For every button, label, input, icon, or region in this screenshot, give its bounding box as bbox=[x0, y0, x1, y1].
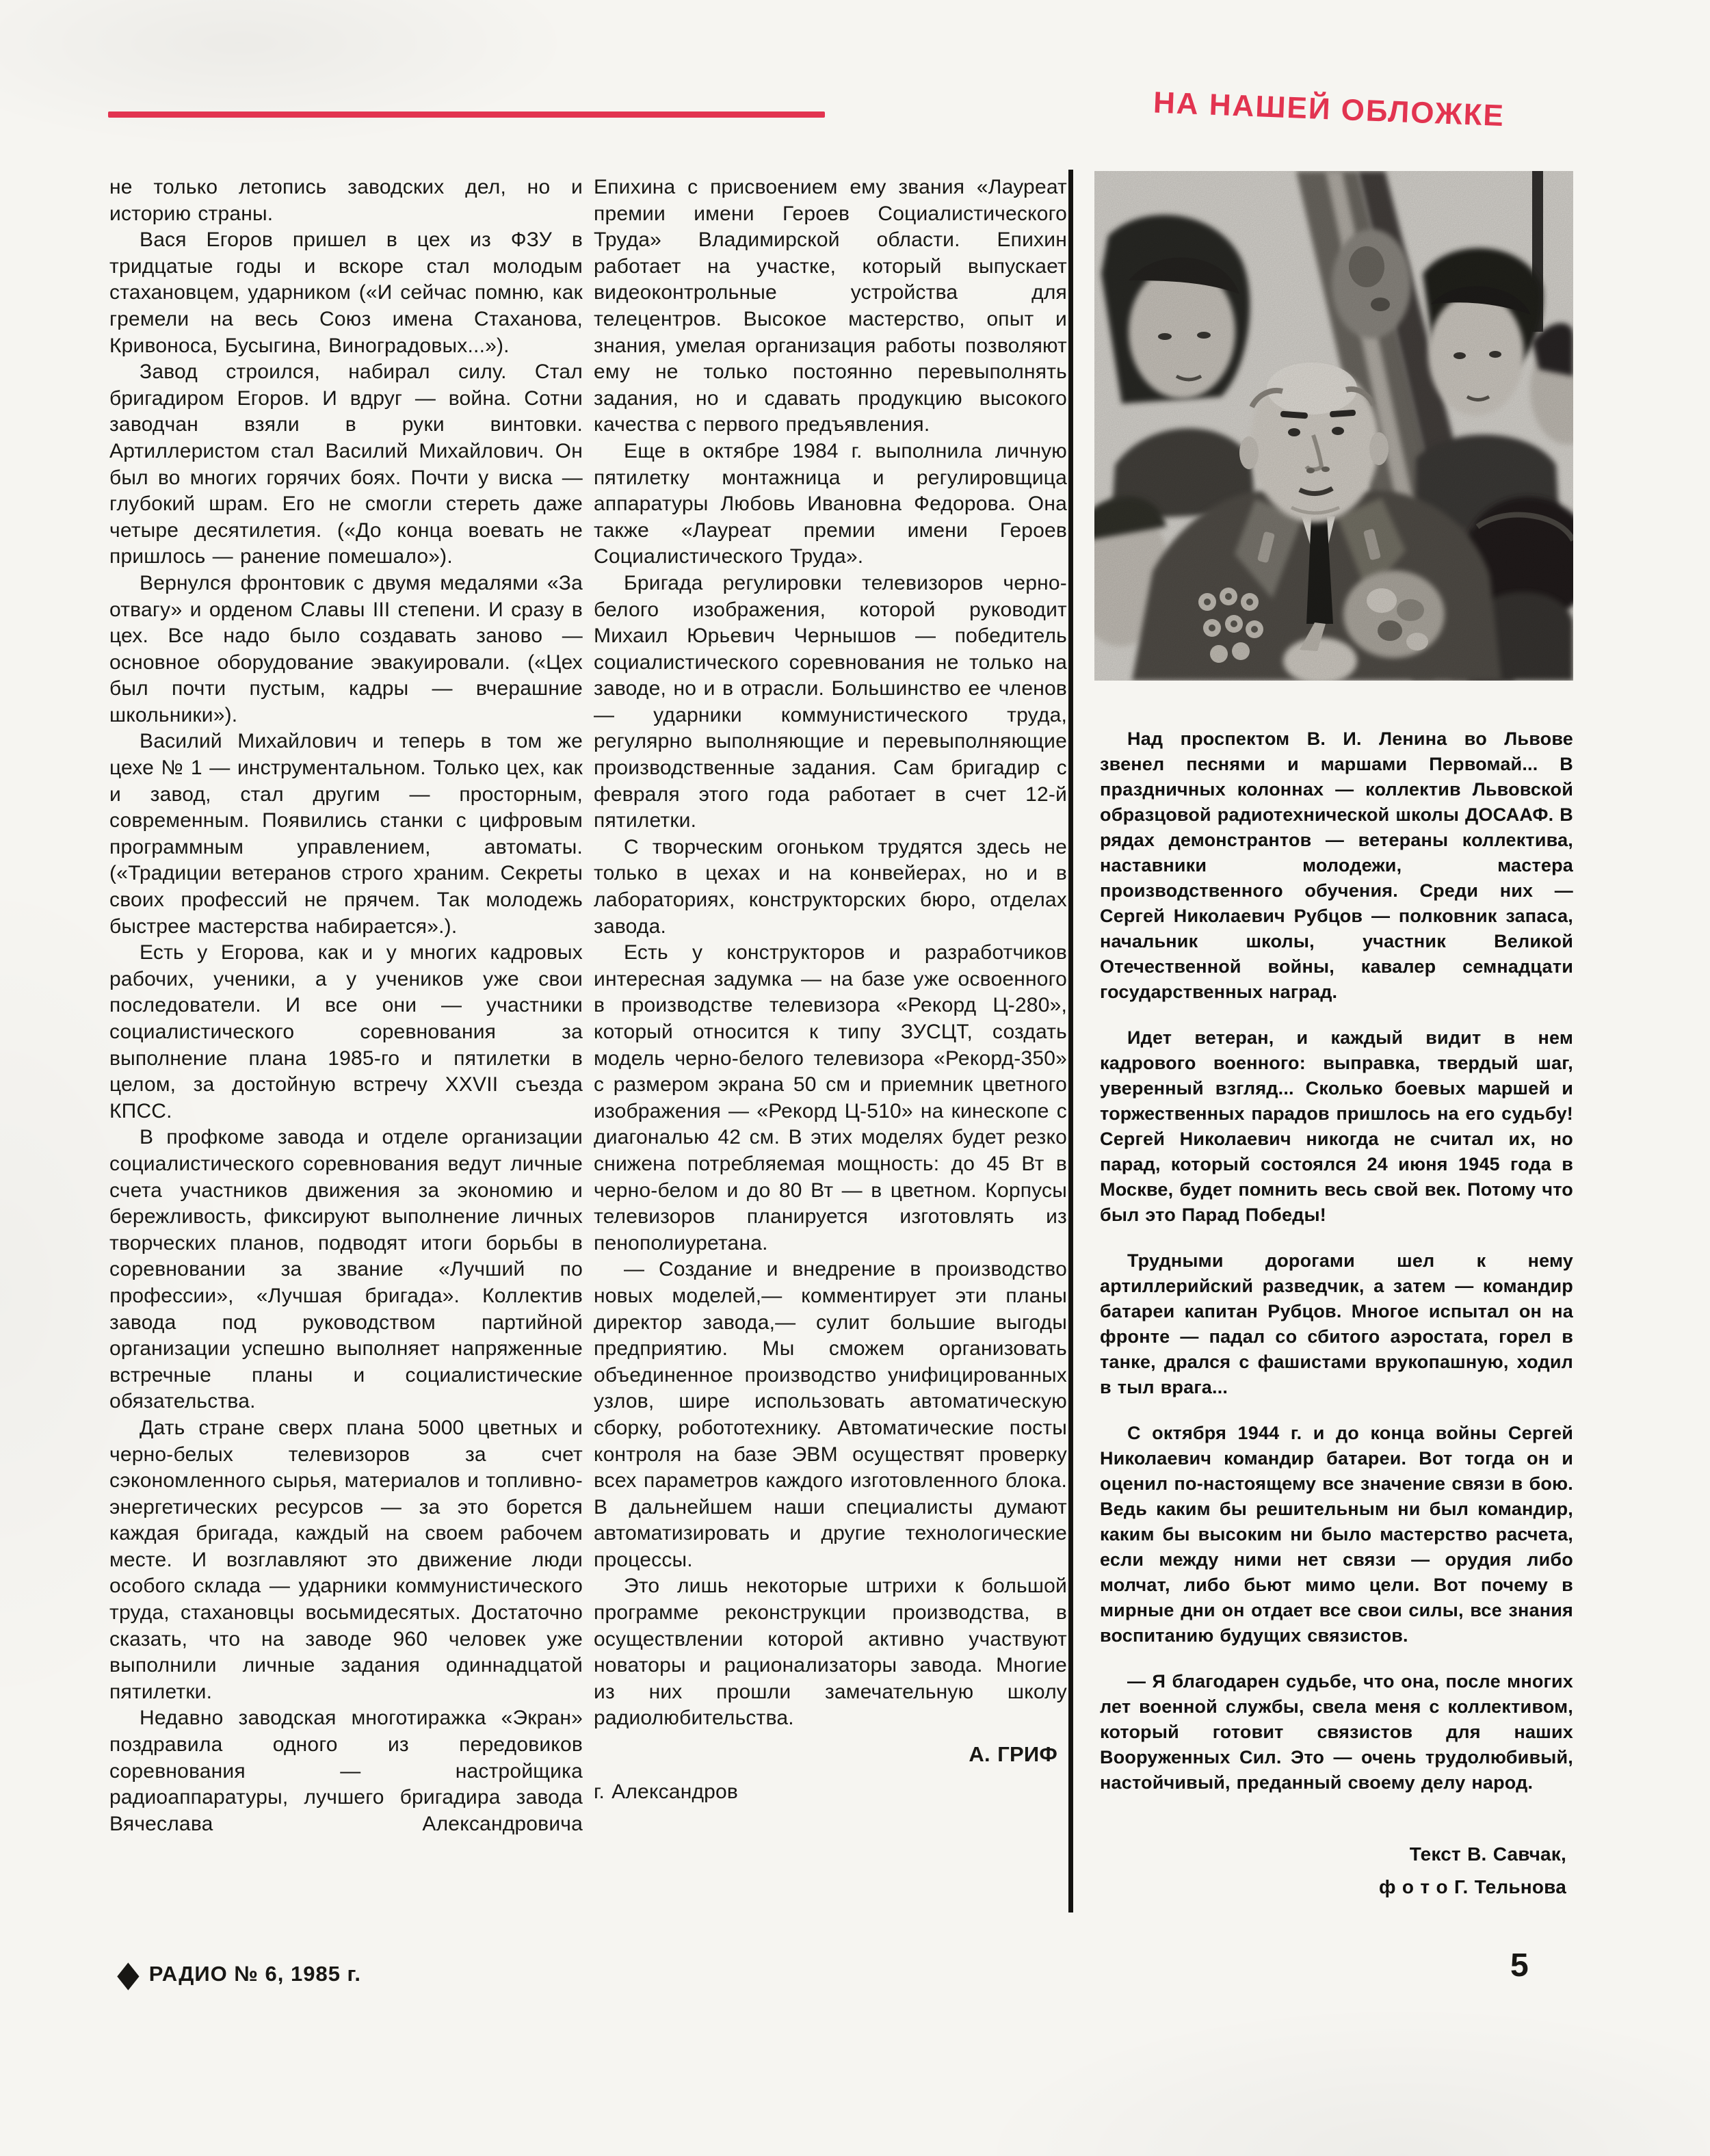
paragraph: Над проспектом В. И. Ленина во Львове зв… bbox=[1100, 726, 1573, 1005]
dateline-city: г. Александров bbox=[594, 1779, 1067, 1806]
paragraph: не только летопись заводских дел, но и и… bbox=[109, 174, 583, 227]
column-left: не только летопись заводских дел, но и и… bbox=[109, 174, 583, 1837]
top-red-rule bbox=[108, 111, 825, 118]
paragraph: Василий Михайлович и теперь в том же цех… bbox=[109, 728, 583, 940]
page-number: 5 bbox=[1510, 1947, 1529, 1984]
credit-photo-author: ф о т о Г. Тельнова bbox=[1100, 1871, 1566, 1904]
paragraph: С творческим огоньком трудятся здесь не … bbox=[594, 834, 1067, 940]
author-byline: А. ГРИФ bbox=[594, 1741, 1067, 1768]
magazine-page: НА НАШЕЙ ОБЛОЖКЕ не только летопись заво… bbox=[0, 0, 1710, 2156]
cover-photo bbox=[1094, 171, 1573, 681]
paragraph: Идет ветеран, и каждый видит в нем кадро… bbox=[1100, 1025, 1573, 1228]
paragraph: Есть у Егорова, как и у многих кадровых … bbox=[109, 940, 583, 1125]
paragraph: — Создание и внедрение в производство но… bbox=[594, 1257, 1067, 1573]
paragraph: С октября 1944 г. и до конца войны Серге… bbox=[1100, 1421, 1573, 1648]
paragraph: Вася Егоров пришел в цех из ФЗУ в тридца… bbox=[109, 227, 583, 359]
paragraph: Завод строился, набирал силу. Стал брига… bbox=[109, 359, 583, 570]
paragraph: Есть у конструкторов и разработчиков инт… bbox=[594, 940, 1067, 1257]
photo-credits: Текст В. Савчак, ф о т о Г. Тельнова bbox=[1100, 1838, 1573, 1904]
credit-text-author: Текст В. Савчак, bbox=[1100, 1838, 1566, 1871]
diamond-icon: ◆ bbox=[118, 1957, 140, 1991]
paragraph: Трудными дорогами шел к нему артиллерийс… bbox=[1100, 1248, 1573, 1400]
paragraph: В профкоме завода и отделе организации с… bbox=[109, 1125, 583, 1415]
column-middle: Епихина с присвоением ему звания «Лауреа… bbox=[594, 174, 1067, 1805]
footer: ◆ РАДИО № 6, 1985 г. bbox=[118, 1960, 361, 1988]
journal-issue-label: РАДИО № 6, 1985 г. bbox=[149, 1962, 361, 1986]
column-divider-rule bbox=[1068, 170, 1073, 1912]
section-heading: НА НАШЕЙ ОБЛОЖКЕ bbox=[1107, 84, 1505, 133]
paragraph: Епихина с присвоением ему звания «Лауреа… bbox=[594, 174, 1067, 438]
paragraph: Вернулся фронтовик с двумя медалями «За … bbox=[109, 570, 583, 729]
paragraph: Дать стране сверх плана 5000 цветных и ч… bbox=[109, 1415, 583, 1706]
paragraph: — Я благодарен судьбе, что она, после мн… bbox=[1100, 1669, 1573, 1796]
paragraph: Еще в октябре 1984 г. выполнила личную п… bbox=[594, 438, 1067, 570]
paragraph: Это лишь некоторые штрихи к большой прог… bbox=[594, 1573, 1067, 1732]
paragraph: Бригада регулировки телевизоров черно-бе… bbox=[594, 570, 1067, 834]
paragraph: Недавно заводская многотиражка «Экран» п… bbox=[109, 1705, 583, 1837]
column-right: Над проспектом В. И. Ленина во Львове зв… bbox=[1100, 726, 1573, 1904]
